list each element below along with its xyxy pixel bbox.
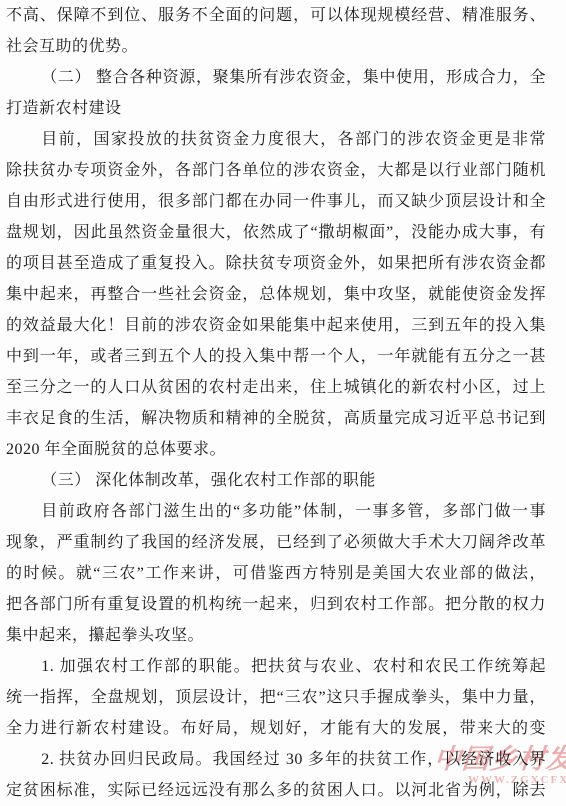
text-line: 自由形式进行使用，很多部门都在办同一件事儿，而又缺少顶层设计和全 bbox=[6, 186, 546, 217]
text-line: 社会互助的优势。 bbox=[6, 31, 546, 62]
text-line: 的时候。就“三农”工作来讲，可借鉴西方特别是美国大农业部的做法， bbox=[6, 558, 546, 589]
text-line: 2. 扶贫办回归民政局。我国经过 30 多年的扶贫工作，以经济收入界 bbox=[6, 744, 546, 775]
text-line: 打造新农村建设 bbox=[6, 93, 546, 124]
text-line: 现象，严重制约了我国的经济发展，已经到了必须做大手术大刀阔斧改革 bbox=[6, 527, 546, 558]
text-line: 把各部门所有重复设置的机构统一起来，归到农村工作部。把分散的权力 bbox=[6, 589, 546, 620]
text-line: 不高、保障不到位、服务不全面的问题，可以体现规模经营、精准服务、 bbox=[6, 0, 546, 31]
text-line: 丰衣足食的生活，解决物质和精神的全脱贫，高质量完成习近平总书记到 bbox=[6, 403, 546, 434]
text-line: 2020 年全面脱贫的总体要求。 bbox=[6, 434, 546, 465]
text-line: 的项目甚至造成了重复投入。除扶贫专项资金外，如果把所有涉农资金都 bbox=[6, 248, 546, 279]
document-body: 不高、保障不到位、服务不全面的问题，可以体现规模经营、精准服务、社会互助的优势。… bbox=[0, 0, 566, 806]
text-line: 目前政府各部门滋生出的“多功能”体制，一事多管，多部门做一事 bbox=[6, 496, 546, 527]
text-line: 集中起来，攥起拳头攻坚。 bbox=[6, 620, 546, 651]
text-line: 盘规划，因此虽然资金量很大，依然成了“撒胡椒面”，没能办成大事，有 bbox=[6, 217, 546, 248]
text-line: 中到一年，或者三到五个人的投入集中帮一个人，一年就能有五分之一甚 bbox=[6, 341, 546, 372]
document-page: 中国乡村发现网 WWW.ZGXCFX.COM 不高、保障不到位、服务不全面的问题… bbox=[0, 0, 566, 806]
text-line: 集中起来，再整合一些社会资金，总体规划，集中攻坚，就能使资金发挥 bbox=[6, 279, 546, 310]
text-line: 目前，国家投放的扶贫资金力度很大，各部门的涉农资金更是非常多。 bbox=[6, 124, 546, 155]
text-line: 至三分之一的人口从贫困的农村走出来，住上城镇化的新农村小区，过上 bbox=[6, 372, 546, 403]
text-line: （三） 深化体制改革，强化农村工作部的职能 bbox=[6, 465, 546, 496]
text-line: 除扶贫办专项资金外，各部门各单位的涉农资金，大都是以行业部门随机 bbox=[6, 155, 546, 186]
text-line: 定贫困标准，实际已经远远没有那么多的贫困人口。以河北省为例，除去 bbox=[6, 775, 546, 806]
text-line: 全力进行新农村建设。布好局，规划好，才能有大的发展，带来大的变化。 bbox=[6, 713, 546, 744]
text-line: 的效益最大化！目前的涉农资金如果能集中起来使用，三到五年的投入集 bbox=[6, 310, 546, 341]
text-line: 统一指挥，全盘规划，顶层设计，把“三农”这只手握成拳头，集中力量， bbox=[6, 682, 546, 713]
text-line: （二） 整合各种资源，聚集所有涉农资金，集中使用，形成合力，全力 bbox=[6, 62, 546, 93]
text-line: 1. 加强农村工作部的职能。把扶贫与农业、农村和农民工作统筹起来， bbox=[6, 651, 546, 682]
